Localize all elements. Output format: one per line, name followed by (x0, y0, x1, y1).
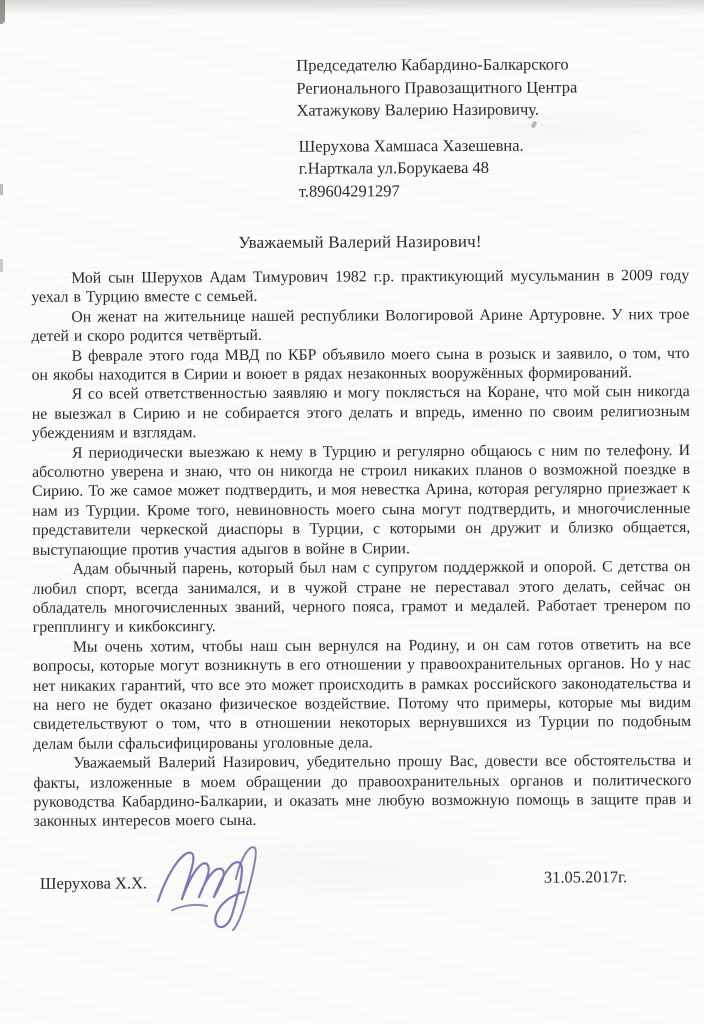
recipient-line: Хатажукову Валерию Назировичу. (296, 98, 688, 122)
signatory-name: Шерухова Х.Х. (40, 873, 147, 893)
recipient-line: Председателю Кабардино-Балкарского (296, 53, 688, 77)
letter-date: 31.05.2017г. (544, 867, 627, 887)
paragraph: Адам обычный парень, который был нам с с… (32, 557, 690, 637)
signature-stroke (158, 852, 244, 927)
recipient-block: Председателю Кабардино-БалкарскогоРегион… (296, 53, 688, 122)
handwritten-signature-icon (146, 837, 282, 938)
address-header: Председателю Кабардино-БалкарскогоРегион… (296, 53, 689, 203)
signature-row: Шерухова Х.Х. 31.05.2017г. (34, 853, 692, 956)
paragraph: В феврале этого года МВД по КБР объявило… (32, 344, 690, 386)
paragraph: Он женат на жительнице нашей республики … (31, 305, 689, 347)
paragraph: Мой сын Шерухов Адам Тимурович 1982 г.р.… (31, 266, 689, 308)
salutation: Уважаемый Валерий Назирович! (31, 231, 689, 254)
paragraph: Я со всей ответственностью заявляю и мог… (32, 382, 690, 443)
signature-stroke (172, 905, 207, 910)
paragraph: Мы очень хотим, чтобы наш сын вернулся н… (33, 635, 692, 754)
letter-body: Мой сын Шерухов Адам Тимурович 1982 г.р.… (31, 266, 691, 832)
letter-content: Председателю Кабардино-БалкарскогоРегион… (0, 0, 704, 1024)
sender-block: Шерухова Хамшаса Хазешевна.г.Нарткала ул… (299, 133, 689, 202)
sender-line: т.89604291297 (299, 178, 689, 202)
sender-line: Шерухова Хамшаса Хазешевна. (299, 133, 689, 157)
paragraph: Я периодически выезжаю к нему в Турцию и… (32, 441, 691, 560)
paragraph: Уважаемый Валерий Назирович, убедительно… (33, 751, 691, 831)
recipient-line: Регионального Правозащитного Центра (296, 75, 688, 99)
sender-line: г.Нарткала ул.Борукаева 48 (299, 156, 689, 180)
scanned-letter-page: Председателю Кабардино-БалкарскогоРегион… (0, 0, 704, 1024)
signature-stroke (233, 847, 256, 930)
